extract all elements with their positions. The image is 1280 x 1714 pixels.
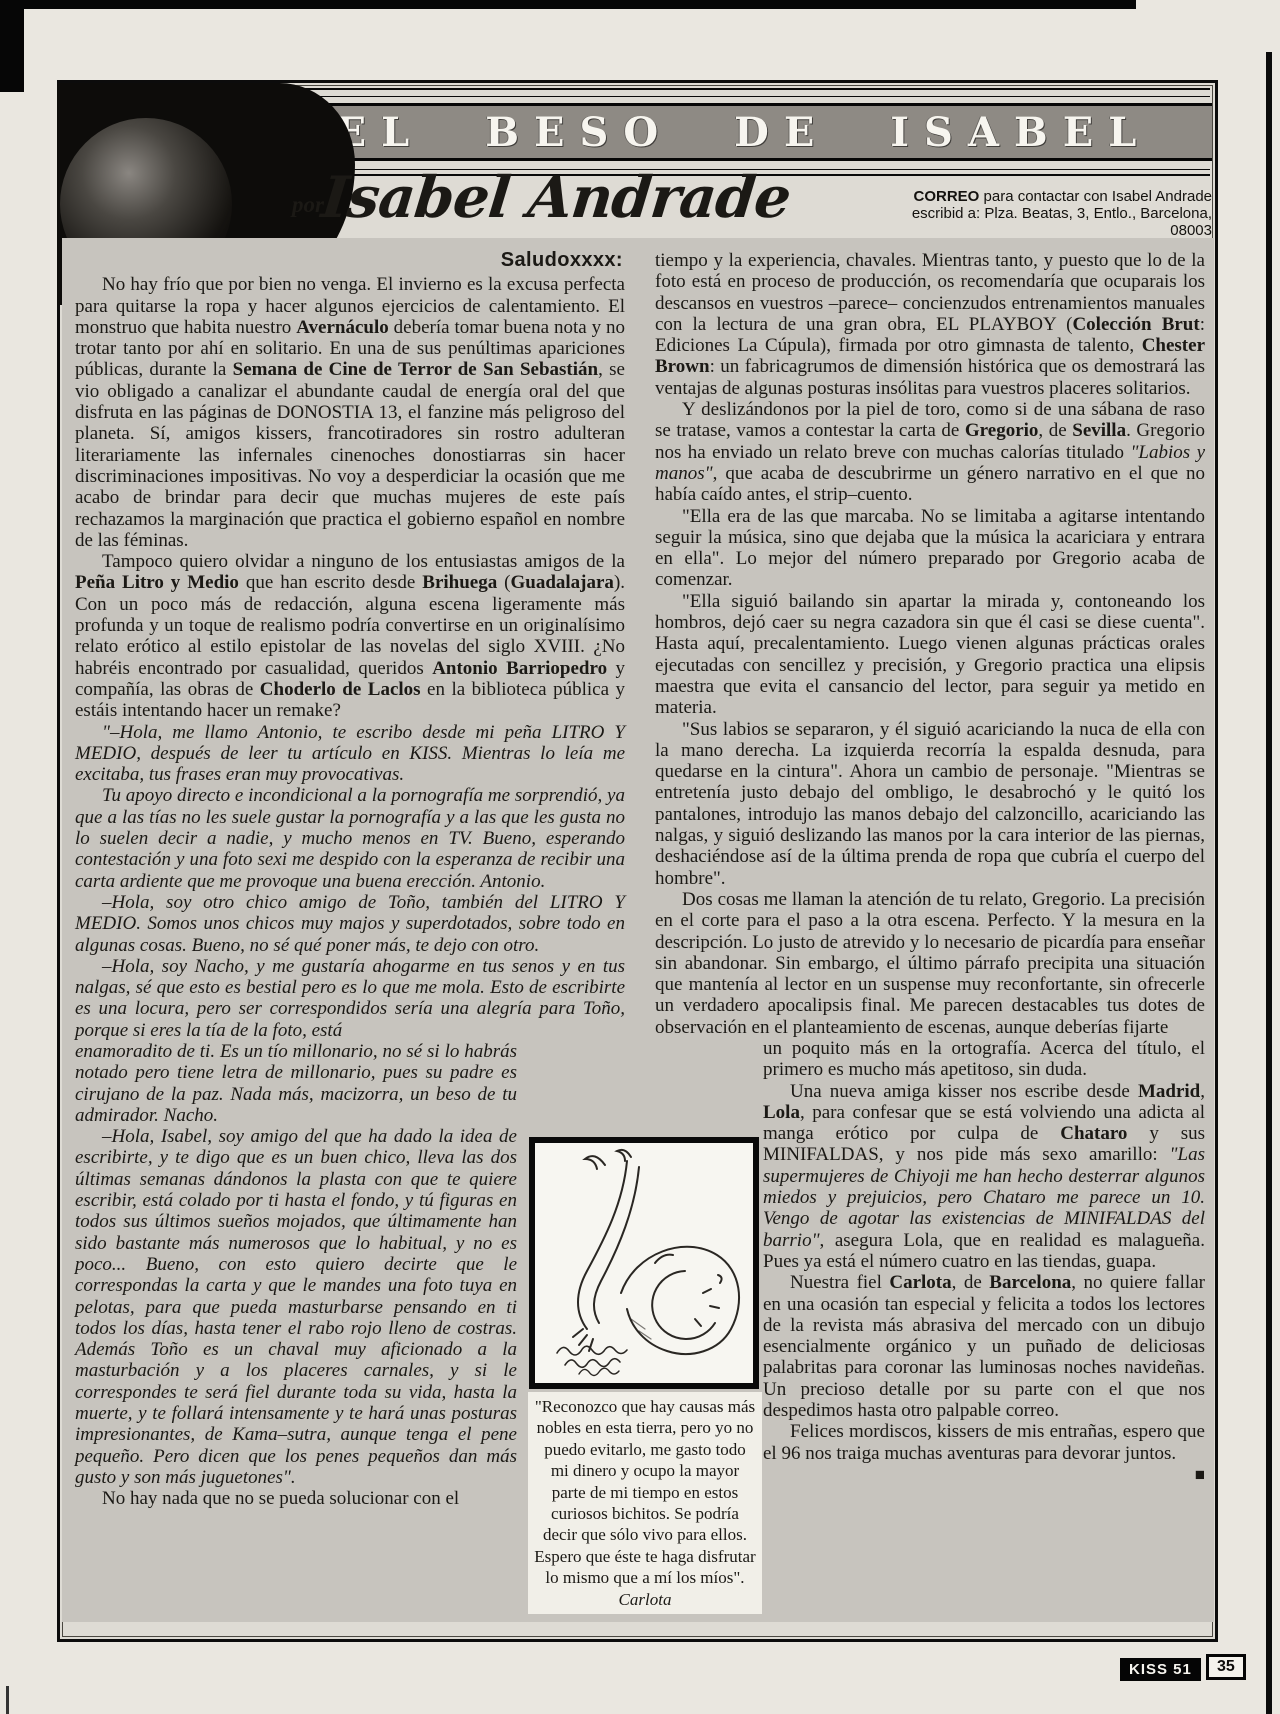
scan-artifact-left-tick bbox=[6, 1686, 9, 1714]
paragraph: "Reconozco que hay causas más nobles en … bbox=[534, 1396, 756, 1610]
paragraph: –Hola, soy otro chico amigo de Toño, tam… bbox=[75, 892, 625, 956]
paragraph: Nuestra fiel Carlota, de Barcelona, no q… bbox=[763, 1272, 1205, 1421]
magazine-issue-badge: KISS 51 bbox=[1120, 1658, 1201, 1681]
correo-line3: 08003 bbox=[1170, 222, 1212, 239]
paragraph: –Hola, Isabel, soy amigo del que ha dado… bbox=[75, 1126, 517, 1488]
illustration-caption: "Reconozco que hay causas más nobles en … bbox=[528, 1392, 762, 1614]
page-number: 35 bbox=[1206, 1654, 1246, 1680]
paragraph: tiempo y la experiencia, chavales. Mient… bbox=[655, 250, 1205, 399]
correo-line2: escribid a: Plza. Beatas, 3, Entlo., Bar… bbox=[912, 205, 1212, 222]
paragraph: "Sus labios se separaron, y él siguió ac… bbox=[655, 719, 1205, 889]
right-column-narrow-text: un poquito más en la ortografía. Acerca … bbox=[763, 1038, 1205, 1464]
correo-label: CORREO bbox=[914, 188, 980, 205]
paragraph: Tampoco quiero olvidar a ninguno de los … bbox=[75, 551, 625, 721]
paragraph: "Ella era de las que marcaba. No se limi… bbox=[655, 506, 1205, 591]
paragraph: "–Hola, me llamo Antonio, te escribo des… bbox=[75, 722, 625, 786]
paragraph: Tu apoyo directo e incondicional a la po… bbox=[75, 785, 625, 891]
end-mark-square: ■ bbox=[1168, 1464, 1205, 1485]
salutation-heading: Saludoxxxx: bbox=[75, 250, 623, 271]
paragraph: "Ella siguió bailando sin apartar la mir… bbox=[655, 591, 1205, 719]
scan-artifact-top-strip bbox=[0, 0, 1136, 9]
page-title: EL BESO DE ISABEL bbox=[336, 109, 1152, 156]
left-column-narrow-text: enamoradito de ti. Es un tío millonario,… bbox=[75, 1041, 517, 1510]
reclining-figure-illustration bbox=[535, 1143, 753, 1383]
scan-artifact-right-line bbox=[1266, 52, 1272, 1714]
left-column-full-text: No hay frío que por bien no venga. El in… bbox=[75, 274, 625, 1041]
correo-line1: para contactar con Isabel Andrade bbox=[979, 188, 1212, 205]
paragraph: Una nueva amiga kisser nos escribe desde… bbox=[763, 1081, 1205, 1273]
paragraph: Y deslizándonos por la piel de toro, com… bbox=[655, 399, 1205, 505]
paragraph: Felices mordiscos, kissers de mis entrañ… bbox=[763, 1421, 1205, 1464]
paragraph: Dos cosas me llaman la atención de tu re… bbox=[655, 889, 1205, 1038]
paragraph: –Hola, soy Nacho, y me gustaría ahogarme… bbox=[75, 956, 625, 1041]
contact-address-block: CORREO para contactar con Isabel Andrade… bbox=[838, 188, 1212, 239]
paragraph: enamoradito de ti. Es un tío millonario,… bbox=[75, 1041, 517, 1126]
paragraph: No hay nada que no se pueda solucionar c… bbox=[75, 1488, 517, 1509]
illustration-frame bbox=[529, 1137, 759, 1389]
magazine-page: EL BESO DE ISABEL por Isabel Andrade COR… bbox=[0, 0, 1280, 1714]
paragraph: No hay frío que por bien no venga. El in… bbox=[75, 274, 625, 551]
right-column-full-text: tiempo y la experiencia, chavales. Mient… bbox=[655, 250, 1205, 1038]
scan-artifact-corner bbox=[0, 0, 24, 92]
paragraph: un poquito más en la ortografía. Acerca … bbox=[763, 1038, 1205, 1081]
byline-author-signature: Isabel Andrade bbox=[318, 164, 793, 231]
